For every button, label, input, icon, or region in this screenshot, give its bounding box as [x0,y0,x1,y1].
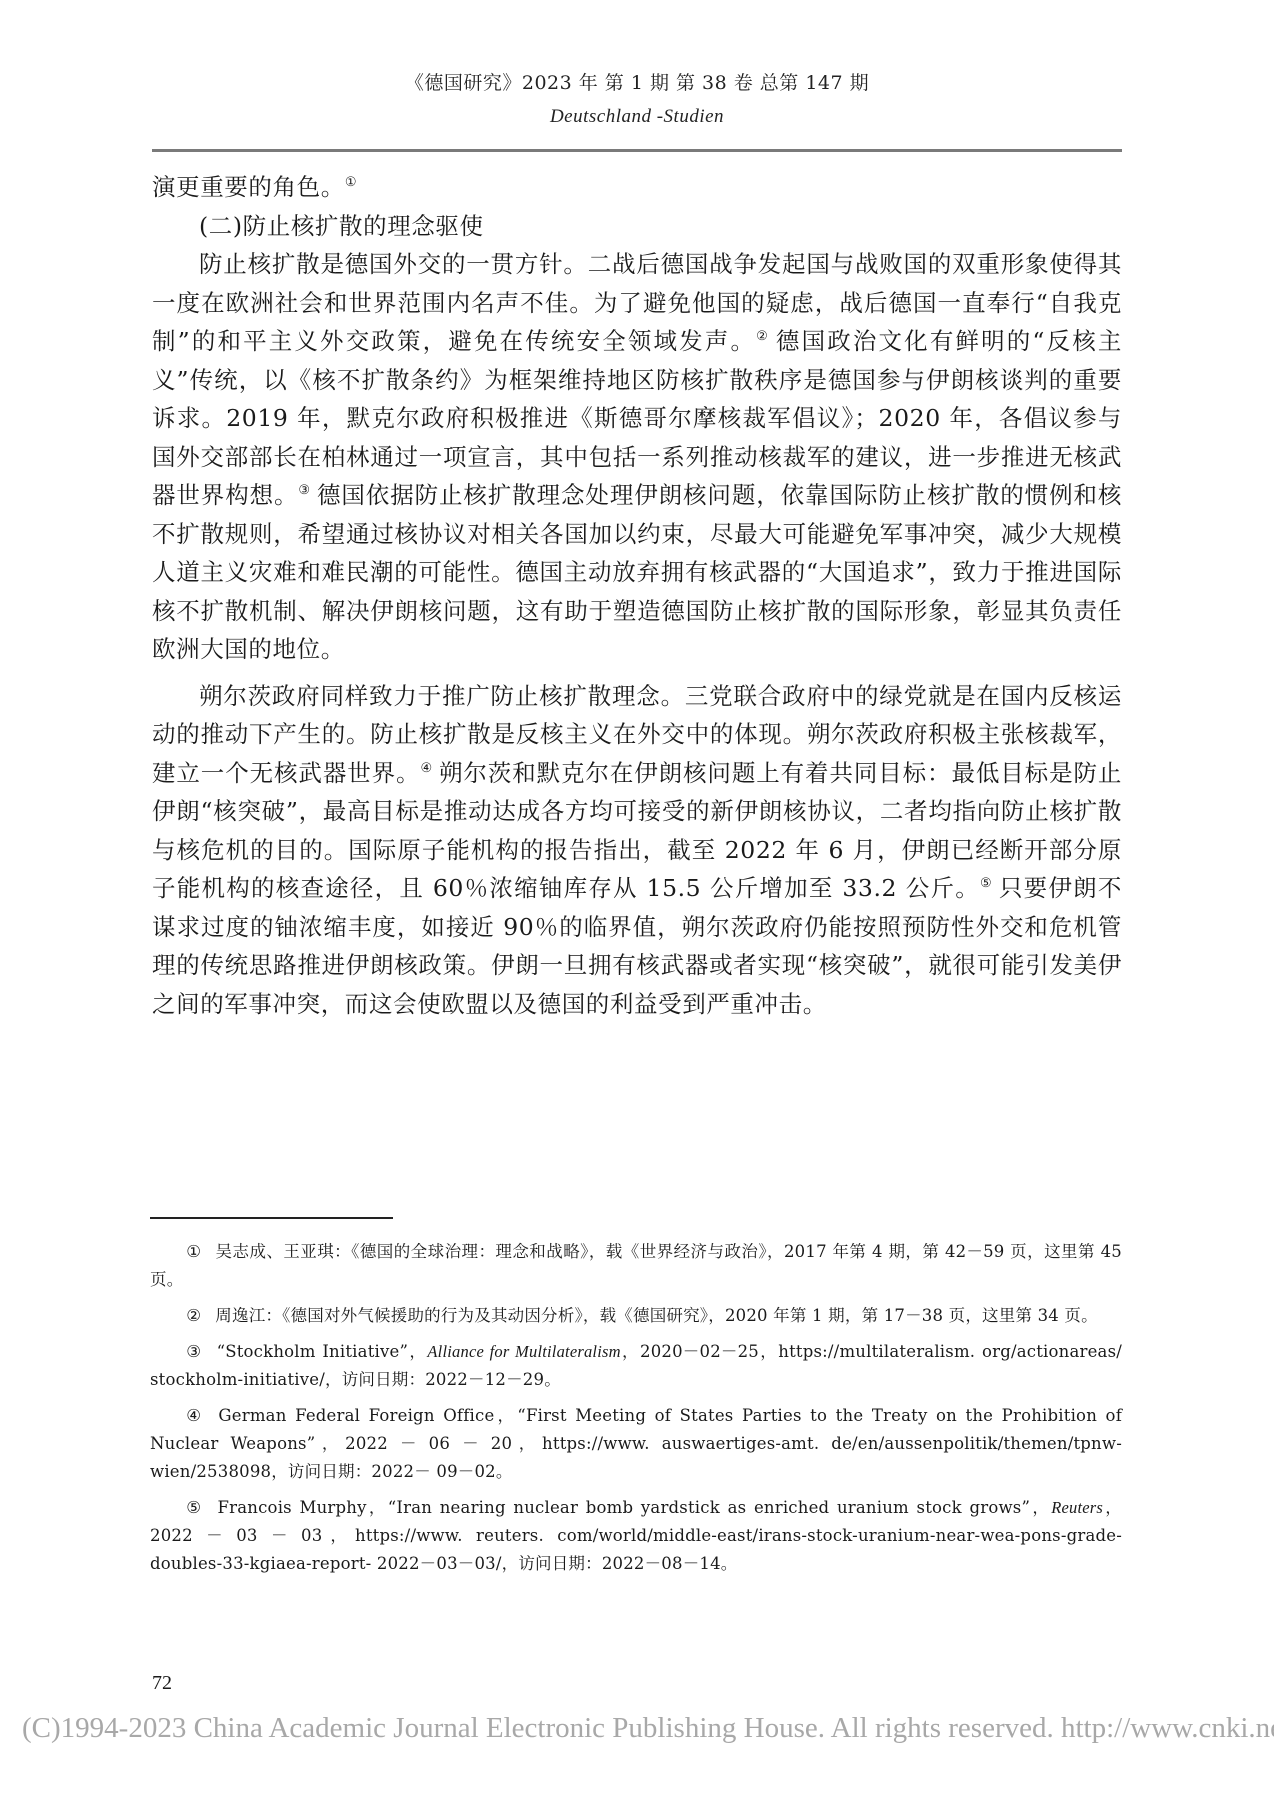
paragraph-text: (二)防止核扩散的理念驱使 [199,212,484,240]
footnote-number: ② [186,1306,201,1325]
footnote-text: 周逸江：《德国对外气候援助的行为及其动因分析》，载《德国研究》，2020 年第 … [215,1306,1098,1325]
footnote-number: ⑤ [186,1498,203,1517]
footnote-item: ②周逸江：《德国对外气候援助的行为及其动因分析》，载《德国研究》，2020 年第… [150,1302,1122,1330]
footnote-ref-link[interactable]: ④ [420,761,433,776]
footnote-number: ① [186,1242,201,1261]
footnote-number: ③ [186,1342,202,1361]
footnote-item: ③“Stockholm Initiative”，Alliance for Mul… [150,1338,1122,1394]
header-rule [152,149,1122,152]
paragraph-text: 演更重要的角色。 [152,173,345,201]
footnote-ref-link[interactable]: ② [756,329,770,344]
footnote-source-title: Reuters [1051,1498,1103,1517]
footnote-number: ④ [186,1406,204,1425]
page-number: 72 [152,1672,172,1695]
body-paragraph: 演更重要的角色。① [152,168,1122,207]
journal-subtitle: Deutschland -Studien [0,105,1274,129]
journal-issue-line: 《德国研究》2023 年 第 1 期 第 38 卷 总第 147 期 [0,70,1274,96]
article-body: 演更重要的角色。①(二)防止核扩散的理念驱使防止核扩散是德国外交的一贯方针。二战… [152,168,1122,1023]
footnote-text: Francois Murphy，“Iran nearing nuclear bo… [218,1498,1052,1517]
body-paragraph: 防止核扩散是德国外交的一贯方针。二战后德国战争发起国与战败国的双重形象使得其一度… [152,245,1122,669]
footnote-item: ④German Federal Foreign Office，“First Me… [150,1402,1122,1486]
footnote-ref-link[interactable]: ⑤ [980,876,993,891]
footnote-item: ⑤Francois Murphy，“Iran nearing nuclear b… [150,1494,1122,1578]
footnote-ref-link[interactable]: ③ [298,483,311,498]
footnote-source-title: Alliance for Multilateralism [427,1342,620,1361]
footnote-text: 吴志成、王亚琪：《德国的全球治理：理念和战略》，载《世界经济与政治》，2017 … [150,1242,1122,1289]
copyright-watermark: (C)1994-2023 China Academic Journal Elec… [22,1712,1274,1745]
footnote-text: “Stockholm Initiative”， [217,1342,428,1361]
footnote-item: ①吴志成、王亚琪：《德国的全球治理：理念和战略》，载《世界经济与政治》，2017… [150,1238,1122,1294]
body-paragraph: 朔尔茨政府同样致力于推广防止核扩散理念。三党联合政府中的绿党就是在国内反核运动的… [152,677,1122,1024]
footnote-ref-link[interactable]: ① [345,175,357,190]
footnote-separator [150,1217,393,1219]
section-heading: (二)防止核扩散的理念驱使 [152,207,1122,246]
footnote-text: German Federal Foreign Office，“First Mee… [150,1406,1122,1481]
running-header: 《德国研究》2023 年 第 1 期 第 38 卷 总第 147 期 Deuts… [0,70,1274,129]
footnotes: ①吴志成、王亚琪：《德国的全球治理：理念和战略》，载《世界经济与政治》，2017… [150,1238,1122,1586]
